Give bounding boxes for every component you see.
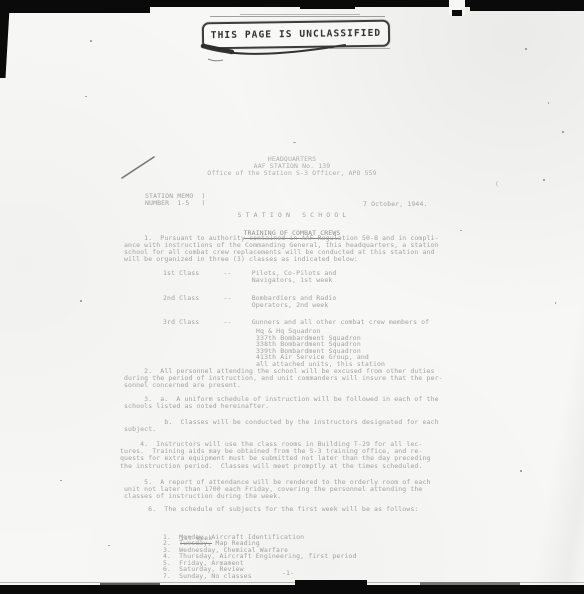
reference-line: NUMBER 1-5 ) xyxy=(145,200,206,207)
scan-border-bottom-blob xyxy=(295,580,367,586)
scan-smear-bottom-1 xyxy=(100,583,160,585)
scan-border-bottom xyxy=(0,585,584,594)
class-entry-1: 1st Class -- Pilots, Co-Pilots and Navig… xyxy=(163,270,336,284)
class-entry-2: 2nd Class -- Bombardiers and Radio Opera… xyxy=(163,295,336,309)
paragraph-4: 4. Instructors will use the class rooms … xyxy=(120,441,431,470)
scan-border-top-thick-left xyxy=(0,0,150,13)
subject-title-line1: S T A T I O N S C H O O L xyxy=(192,212,392,219)
unit-list: Hq & Hq Squadron337th Bombardment Squadr… xyxy=(256,328,385,368)
scan-border-left xyxy=(0,0,10,78)
unclassified-stamp-label: THIS PAGE IS UNCLASSIFIED xyxy=(211,28,382,41)
scan-speck xyxy=(543,179,545,181)
letterhead-line: Office of the Station S-3 Officer, APO 5… xyxy=(142,170,442,177)
scan-speck xyxy=(293,142,296,143)
scan-smear-bottom-2 xyxy=(420,582,520,585)
paragraph-line: the instruction period. Classes will mee… xyxy=(120,463,431,470)
stamp-tick-mark xyxy=(208,59,223,61)
scan-speck xyxy=(520,470,522,472)
scan-speck xyxy=(548,102,549,104)
paragraph-line: subject. xyxy=(124,426,439,433)
paragraph-2: 2. All personnel attending the school wi… xyxy=(124,368,443,389)
scan-speck xyxy=(555,302,556,304)
letterhead: HEADQUARTERSAAF STATION No. 139Office of… xyxy=(142,156,442,177)
paragraph-3a: 3. a. A uniform schedule of instruction … xyxy=(124,396,439,410)
paragraph-line: 6. The schedule of subjects for the firs… xyxy=(128,506,418,513)
scan-border-top-mid xyxy=(300,0,355,9)
paragraph-5: 5. A report of attendance will be render… xyxy=(124,479,431,500)
scan-speck xyxy=(108,545,110,546)
paragraph-1: 1. Pursuant to authority contained in AA… xyxy=(124,235,439,263)
page-number: -1- xyxy=(282,570,294,577)
stamp-smear-top-1 xyxy=(210,16,385,17)
class-entry-3: 3rd Class -- Gunners and all other comba… xyxy=(163,319,429,326)
unclassified-stamp: THIS PAGE IS UNCLASSIFIED xyxy=(202,20,390,50)
scan-speck xyxy=(60,480,62,481)
paragraph-line: schools listed as noted hereinafter. xyxy=(124,403,439,410)
scan-border-top-right xyxy=(470,0,584,11)
scan-speck xyxy=(525,48,527,50)
scan-speck xyxy=(460,230,462,231)
scan-speck xyxy=(85,96,87,97)
paragraph-line: b. Classes will be conducted by the inst… xyxy=(124,419,439,426)
paragraph-line: will be organized in three (3) classes a… xyxy=(124,256,439,263)
class-entry-line: 3rd Class -- Gunners and all other comba… xyxy=(163,319,429,326)
scan-border-top-nub xyxy=(452,10,462,16)
paragraph-3b: b. Classes will be conducted by the inst… xyxy=(124,419,439,433)
paragraph-line: classes of instruction during the week. xyxy=(124,493,431,500)
paragraph-line: sonnel concerned are present. xyxy=(124,382,443,389)
paragraph-6: 6. The schedule of subjects for the firs… xyxy=(128,506,418,513)
scanned-document-page: THIS PAGE IS UNCLASSIFIED HEADQUARTERSAA… xyxy=(0,0,584,594)
schedule-list: 1. Monday, Aircraft Identification2. Tue… xyxy=(163,534,357,579)
scan-speck xyxy=(80,300,82,302)
schedule-list-item: 7. Sunday, No classes xyxy=(163,573,357,579)
stamp-smear-bottom xyxy=(330,48,390,49)
class-entry-line: Operators, 2nd week xyxy=(163,302,336,309)
class-entry-line: Navigators, 1st week xyxy=(163,277,336,284)
reference-block: STATION MEMO )NUMBER 1-5 ) xyxy=(145,193,206,207)
date-line: 7 October, 1944. xyxy=(363,201,428,208)
stray-paren-mark: ( xyxy=(495,181,499,188)
scan-speck xyxy=(90,40,92,42)
scan-speck xyxy=(562,131,564,133)
stamp-smear-top-2 xyxy=(240,14,360,15)
